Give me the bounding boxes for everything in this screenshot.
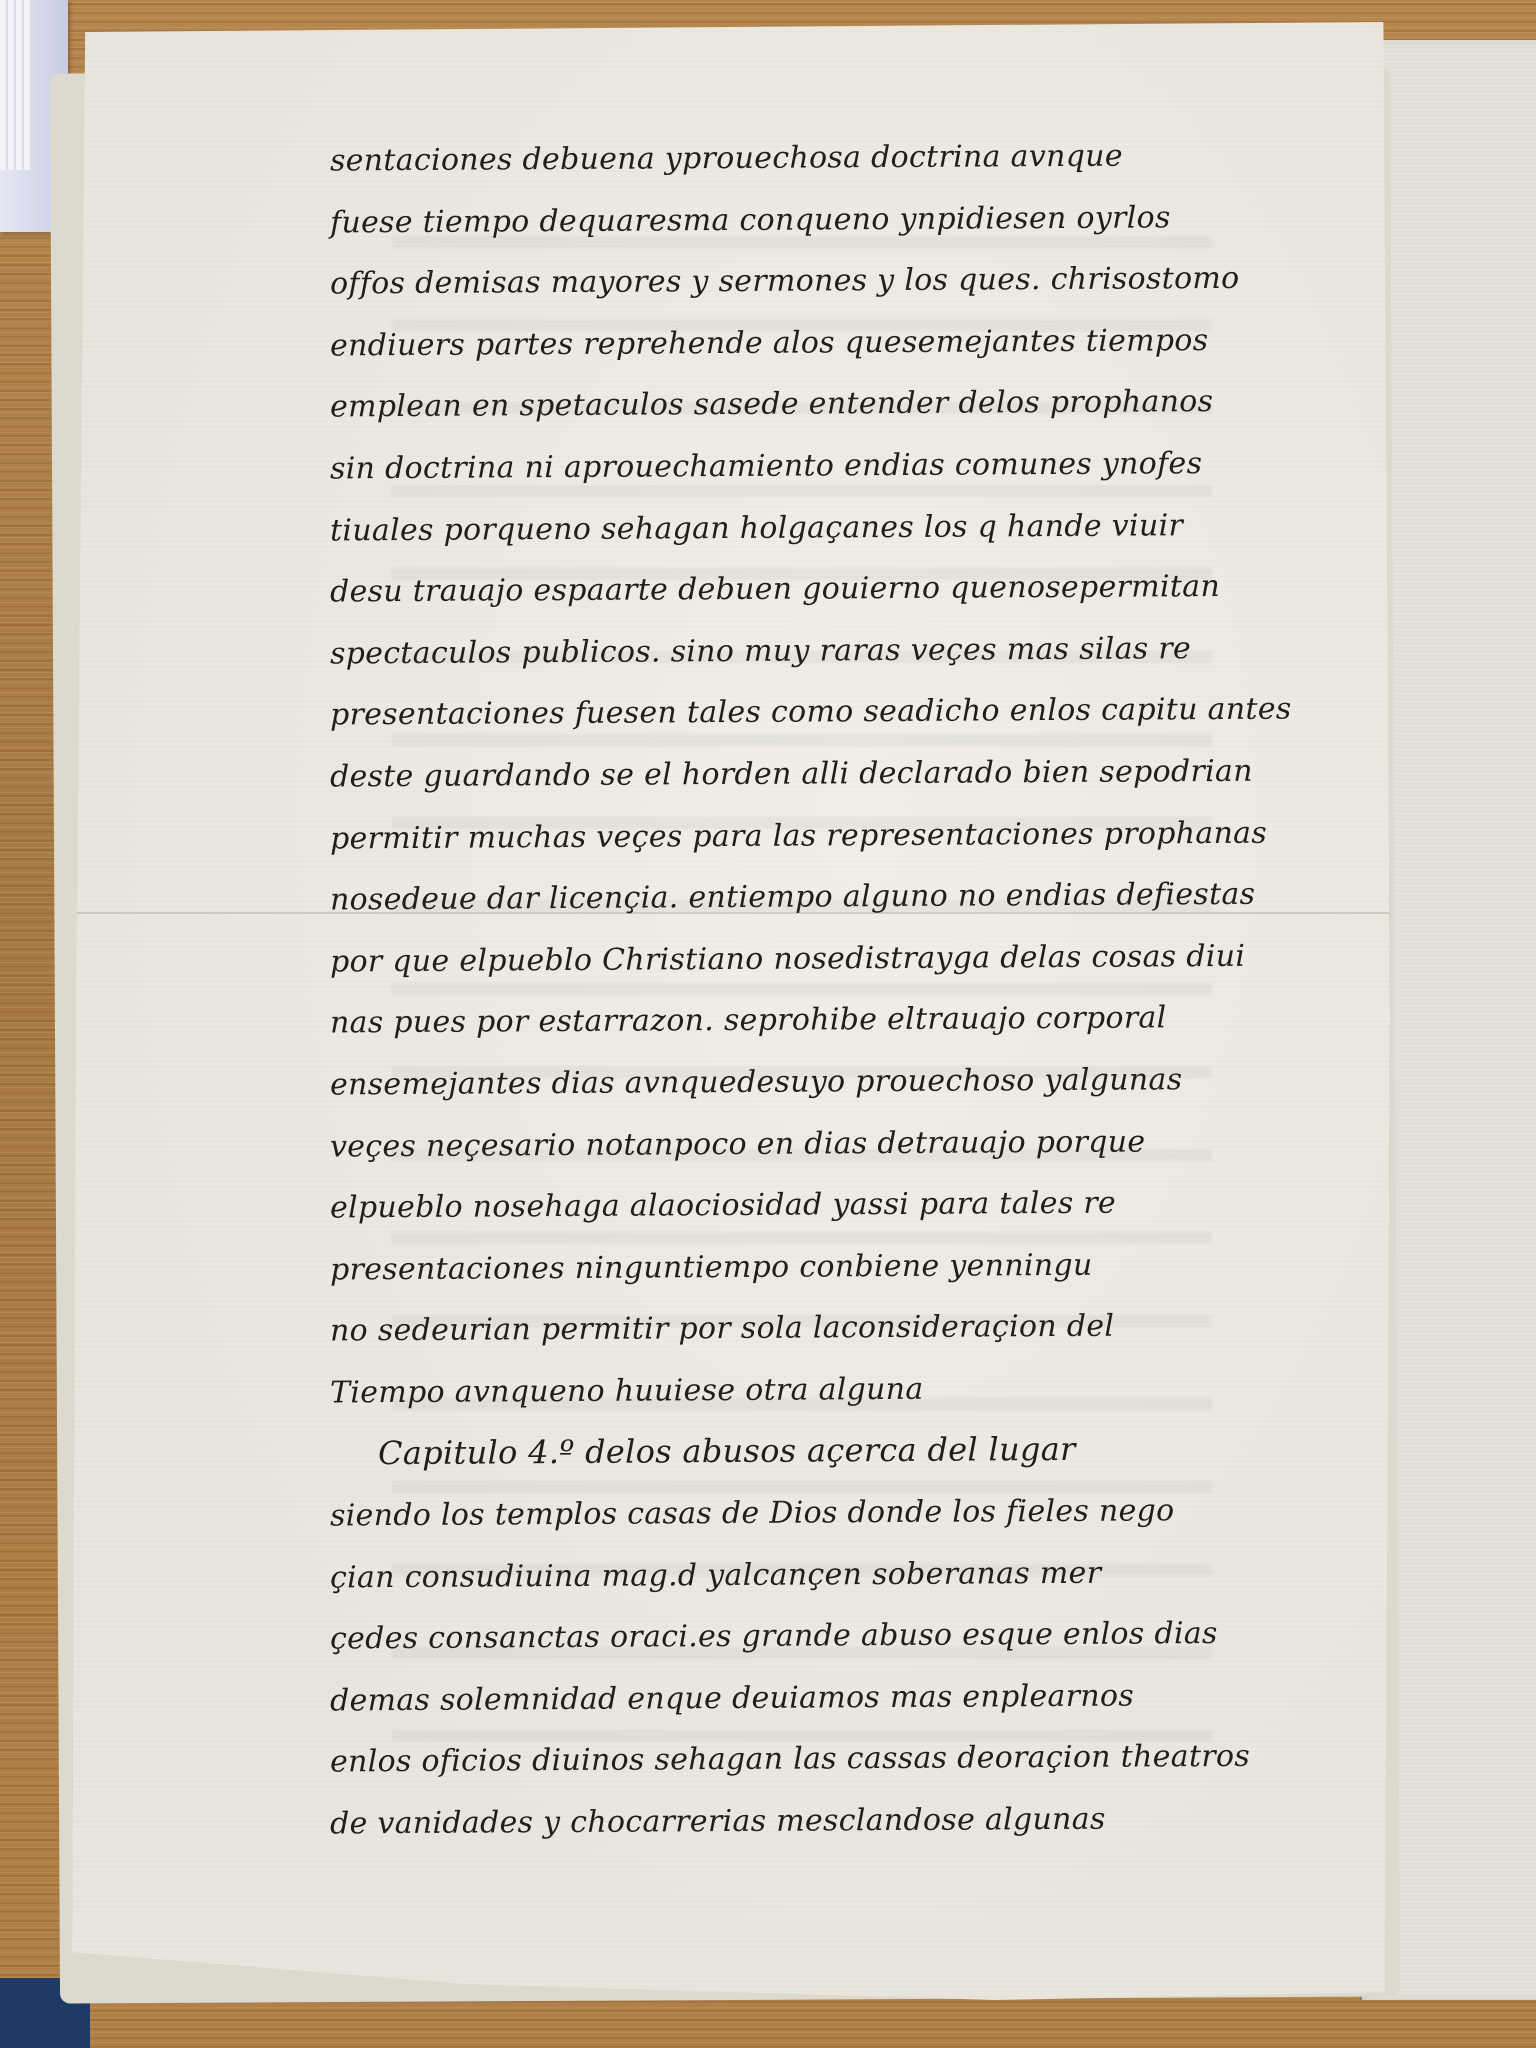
text-line: çian consudiuina mag.d yalcançen soberan… [330,1542,1130,1608]
text-line: çedes consanctas oraci.es grande abuso e… [330,1604,1130,1670]
text-line: demas solemnidad enque deuiamos mas enpl… [330,1665,1130,1731]
text-line: endiuers partes reprehende alos quesemej… [330,310,1130,376]
text-line: sin doctrina ni aprouechamiento endias c… [330,434,1130,500]
text-line: spectaculos publicos. sino muy raras veç… [330,618,1130,684]
text-line: sentaciones debuena yprouechosa doctrina… [330,126,1130,192]
chapter-heading: Capitulo 4.º delos abusos açerca del lug… [330,1419,1130,1485]
text-line: enlos oficios diuinos sehagan las cassas… [330,1727,1130,1793]
text-line: offos demisas mayores y sermones y los q… [330,249,1130,315]
text-line: presentaciones fuesen tales como seadich… [330,680,1130,746]
text-line: de vanidades y chocarrerias mesclandose … [330,1789,1130,1855]
text-line: elpueblo nosehaga alaociosidad yassi par… [330,1173,1130,1239]
text-line: deste guardando se el horden alli declar… [330,741,1130,807]
text-line: nas pues por estarrazon. seprohibe eltra… [330,988,1130,1054]
text-line: emplean en spetaculos sasede entender de… [330,372,1130,438]
text-line: por que elpueblo Christiano nosedistrayg… [330,926,1130,992]
manuscript-text: sentaciones debuena yprouechosa doctrina… [330,128,1130,1853]
text-line: desu trauajo espaarte debuen gouierno qu… [330,557,1130,623]
text-line: presentaciones ninguntiempo conbiene yen… [330,1234,1130,1300]
text-line: siendo los templos casas de Dios donde l… [330,1481,1130,1547]
text-line: nosedeue dar licençia. entiempo alguno n… [330,865,1130,931]
text-line: ensemejantes dias avnquedesuyo prouechos… [330,1049,1130,1115]
text-line: permitir muchas veçes para las represent… [330,803,1130,869]
text-line: fuese tiempo dequaresma conqueno ynpidie… [330,187,1130,253]
text-line: tiuales porqueno sehagan holgaçanes los … [330,495,1130,561]
text-line: no sedeurian permitir por sola laconside… [330,1296,1130,1362]
text-line: veçes neçesario notanpoco en dias detrau… [330,1111,1130,1177]
text-line: Tiempo avnqueno huuiese otra alguna [330,1357,1130,1423]
